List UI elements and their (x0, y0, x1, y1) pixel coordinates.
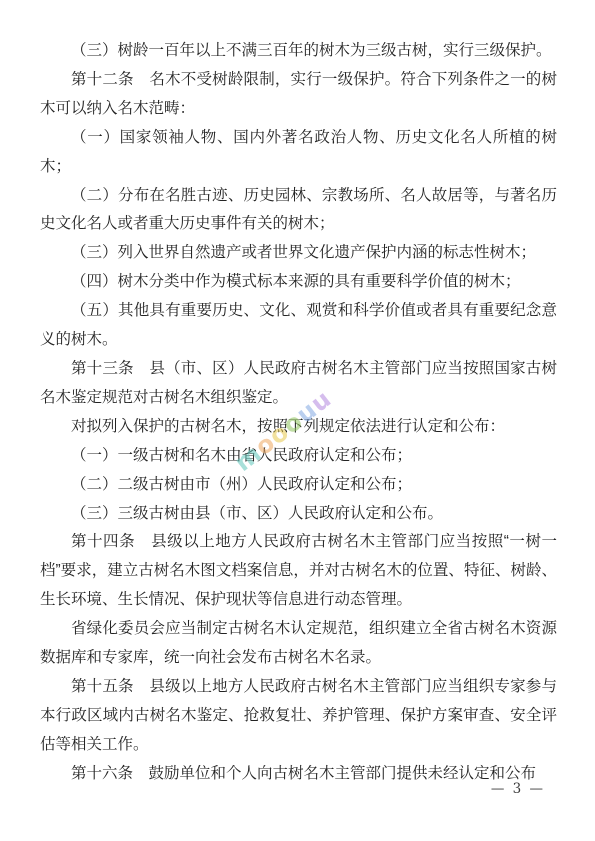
paragraph: （三）列入世界自然遗产或者世界文化遗产保护内涵的标志性树木； (40, 239, 557, 268)
document-body: （三）树龄一百年以上不满三百年的树木为三级古树，实行三级保护。第十二条 名木不受… (40, 37, 557, 789)
page-number: — 3 — (491, 781, 545, 797)
paragraph: 第十四条 县级以上地方人民政府古树名木主管部门应当按照“一树一档”要求，建立古树… (40, 528, 557, 615)
page-container: （三）树龄一百年以上不满三百年的树木为三级古树，实行三级保护。第十二条 名木不受… (0, 0, 595, 841)
paragraph: 省绿化委员会应当制定古树名木认定规范，组织建立全省古树名木资源数据库和专家库，统… (40, 615, 557, 673)
paragraph: （四）树木分类中作为模式标本来源的具有重要科学价值的树木； (40, 268, 557, 297)
paragraph: 第十二条 名木不受树龄限制，实行一级保护。符合下列条件之一的树木可以纳入名木范畴… (40, 66, 557, 124)
paragraph: （五）其他具有重要历史、文化、观赏和科学价值或者具有重要纪念意义的树木。 (40, 297, 557, 355)
paragraph: 对拟列入保护的古树名木，按照下列规定依法进行认定和公布： (40, 413, 557, 442)
paragraph: （二）分布在名胜古迹、历史园林、宗教场所、名人故居等，与著名历史文化名人或者重大… (40, 182, 557, 240)
paragraph: 第十三条 县（市、区）人民政府古树名木主管部门应当按照国家古树名木鉴定规范对古树… (40, 355, 557, 413)
paragraph: （一）国家领袖人物、国内外著名政治人物、历史文化名人所植的树木； (40, 124, 557, 182)
paragraph: （一）一级古树和名木由省人民政府认定和公布； (40, 442, 557, 471)
paragraph: 第十五条 县级以上地方人民政府古树名木主管部门应当组织专家参与本行政区域内古树名… (40, 673, 557, 760)
paragraph: （三）树龄一百年以上不满三百年的树木为三级古树，实行三级保护。 (40, 37, 557, 66)
paragraph: （二）二级古树由市（州）人民政府认定和公布； (40, 471, 557, 500)
paragraph: 第十六条 鼓励单位和个人向古树名木主管部门提供未经认定和公布 (40, 760, 557, 789)
paragraph: （三）三级古树由县（市、区）人民政府认定和公布。 (40, 500, 557, 529)
